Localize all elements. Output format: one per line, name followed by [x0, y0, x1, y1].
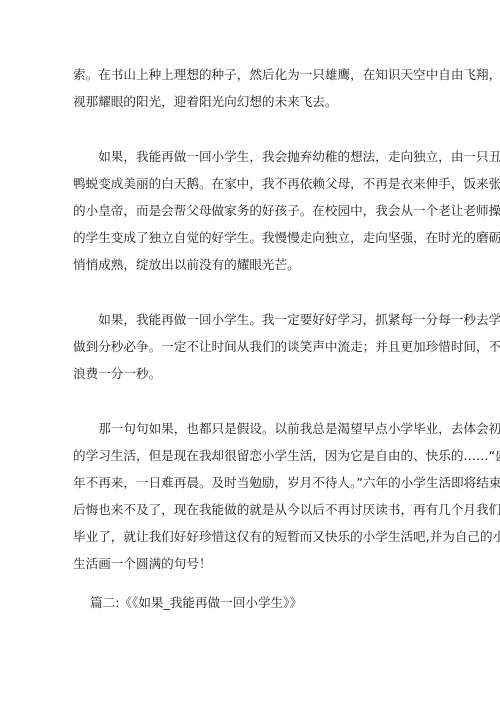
text-line: 如果，我能再做一回小学生，我会抛弃幼稚的想法，走向独立，由一只丑小 [73, 149, 500, 165]
text-line: 如果，我能再做一回小学生。我一定要好好学习，抓紧每一分每一秒去学习， [73, 312, 500, 328]
text-line: 后悔也来不及了，现在我能做的就是从今以后不再讨厌读书，再有几个月我们就 [73, 502, 500, 518]
text-line: 做到分秒必争。一定不让时间从我们的谈笑声中流走；并且更加珍惜时间，不再 [73, 339, 500, 355]
section-heading: 篇二:《《如果_我能再做一回小学生》》 [90, 595, 302, 611]
text-line: 年不再来，一日难再晨。及时当勉励，岁月不待人。”六年的小学生活即将结束， [73, 475, 500, 491]
text-line: 视那耀眼的阳光，迎着阳光向幻想的未来飞去。 [73, 94, 337, 110]
text-line: 浪费一分一秒。 [73, 366, 161, 382]
text-line: 的小皇帝，而是会帮父母做家务的好孩子。在校园中，我会从一个老让老师操心 [73, 203, 500, 219]
text-line: 生活画一个圆满的句号！ [73, 556, 212, 572]
text-line: 毕业了，就让我们好好珍惜这仅有的短暂而又快乐的小学生活吧,并为自己的小学 [73, 529, 500, 545]
text-line: 那一句句如果，也都只是假设。以前我总是渴望早点小学毕业，去体会初中 [73, 421, 500, 437]
text-line: 的学生变成了独立自觉的好学生。我慢慢走向独立，走向坚强，在时光的磨砺中 [73, 230, 500, 246]
text-line: 悄悄成熟，绽放出以前没有的耀眼光芒。 [73, 257, 300, 273]
text-line: 鸭蜕变成美丽的白天鹅。在家中，我不再依赖父母，不再是衣来伸手，饭来张口 [73, 176, 500, 192]
text-line: 索。在书山上种上理想的种子，然后化为一只雄鹰，在知识天空中自由飞翔，直 [73, 67, 500, 83]
text-line: 的学习生活，但是现在我却很留恋小学生活，因为它是自由的、快乐的……“盛 [73, 448, 500, 464]
